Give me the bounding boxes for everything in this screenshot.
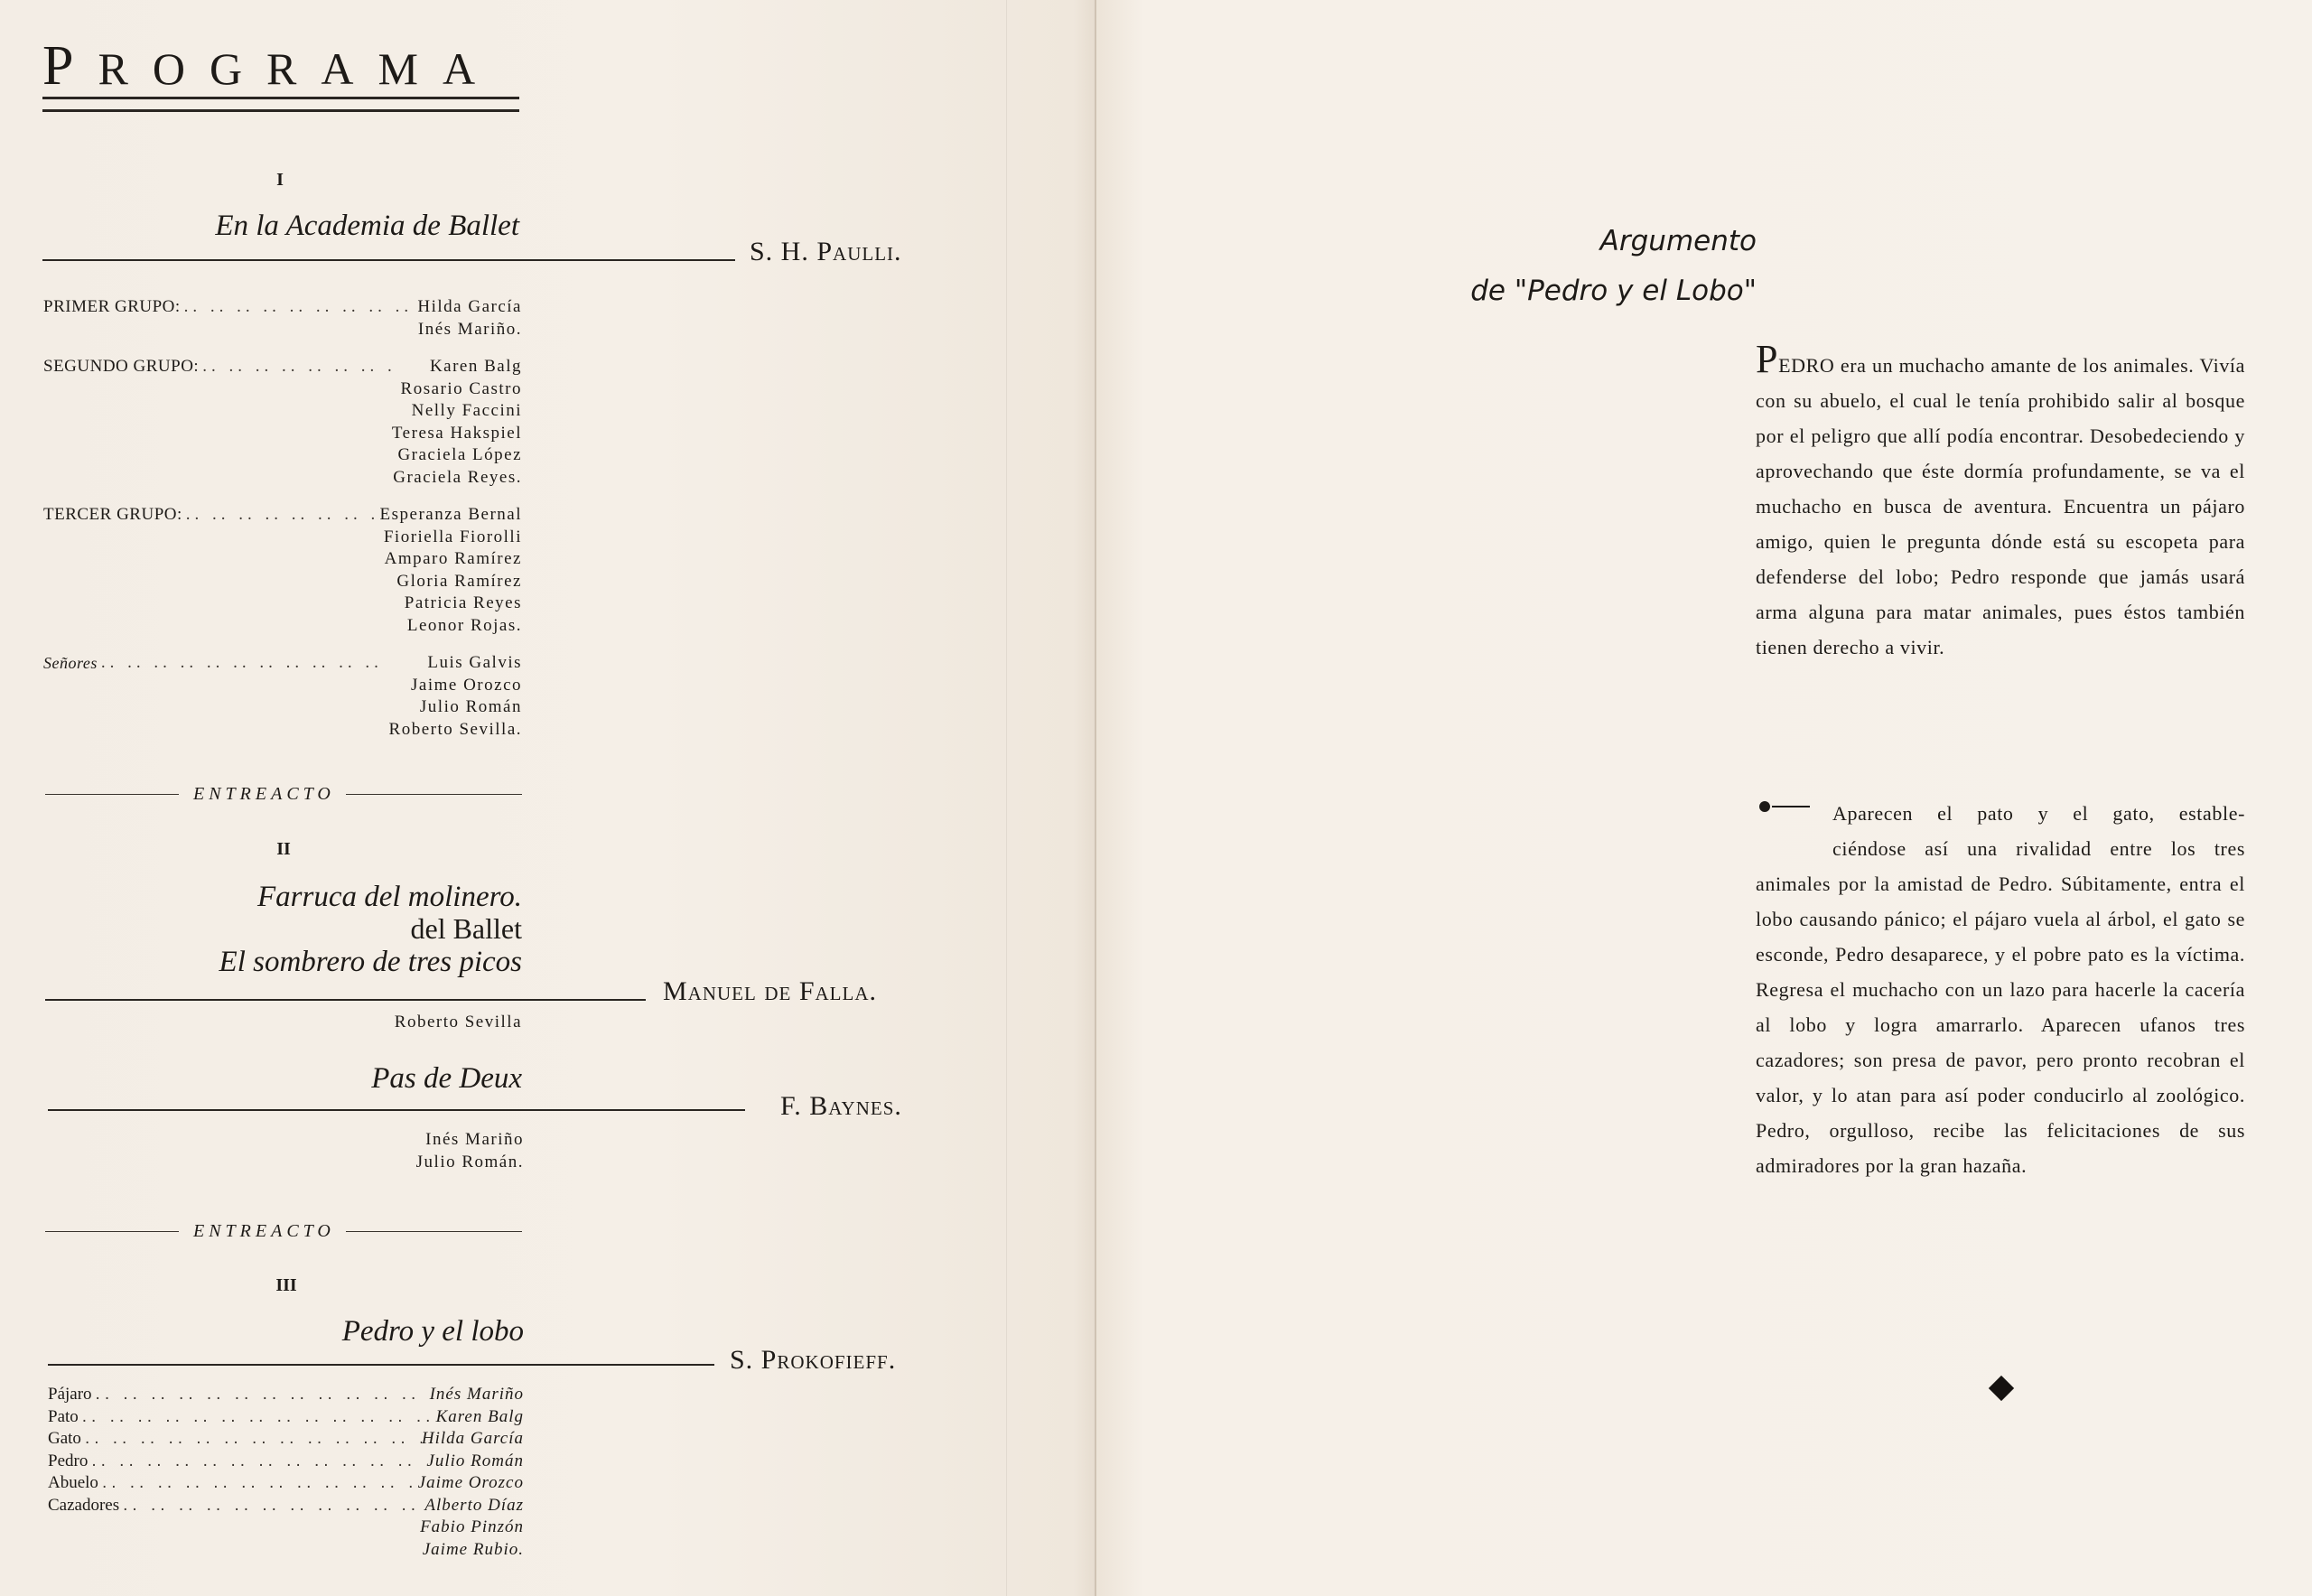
drop-cap: P [1756, 337, 1778, 381]
composer-name: F. Baynes. [780, 1091, 902, 1122]
dancer-name: Jaime Rubio. [420, 1539, 524, 1562]
act-numeral: III [268, 1275, 304, 1296]
composer-name: S. Prokofieff. [730, 1345, 896, 1376]
dancer-name: Graciela Reyes. [392, 467, 522, 490]
leader-dots: .. .. .. .. .. .. .. .. .. .. .. .. .. .… [92, 1384, 430, 1406]
bullet-dot-icon [1759, 801, 1770, 812]
work-title-line: Farruca del molinero. [257, 881, 522, 914]
character-role: Abuelo [48, 1472, 98, 1495]
group-role: PRIMER GRUPO: [43, 296, 181, 319]
dancer-name: Fabio Pinzón [420, 1517, 524, 1539]
dancer-name: Graciela López [392, 444, 522, 467]
character-role: Pedro [48, 1451, 88, 1473]
leader-dots: .. .. .. .. .. .. .. .. .. .. .. .. .. .… [79, 1406, 436, 1429]
dancer-name: Nelly Faccini [392, 400, 522, 423]
work-title-line: del Ballet [410, 912, 522, 946]
work-title: Pedro y el lobo [342, 1315, 524, 1349]
dancer-name: Teresa Hakspiel [392, 423, 522, 445]
cast-group: SEGUNDO GRUPO: .. .. .. .. .. .. .. .. .… [43, 356, 522, 489]
dancer-name: Rosario Castro [392, 378, 522, 401]
work-rule [42, 259, 735, 261]
role-performers: Alberto Díaz Fabio Pinzón Jaime Rubio. [420, 1495, 524, 1562]
group-role: TERCER GRUPO: [43, 504, 182, 527]
leader-dots: .. .. .. .. .. .. .. .. .. .. .. .. .. .… [119, 1495, 420, 1517]
performer-list: Inés Mariño Julio Román. [416, 1128, 524, 1173]
argument-paragraph-2: ciéndose así una rivalidad entre los tre… [1756, 831, 2245, 1183]
cast-row: Abuelo .. .. .. .. .. .. .. .. .. .. .. … [48, 1472, 524, 1495]
work-title-line: El sombrero de tres picos [219, 946, 522, 979]
character-role: Cazadores [48, 1495, 119, 1517]
dancer-name: Jaime Orozco [389, 675, 522, 697]
heading-line: Argumento [1470, 217, 1757, 266]
dancer-name: Luis Galvis [389, 652, 522, 675]
paragraph-body: ciéndose así una rivalidad entre los tre… [1756, 837, 2245, 1177]
dancer-name: Inés Mariño [416, 1128, 524, 1151]
title-rule-bottom [42, 109, 519, 112]
character-role: Pájaro [48, 1384, 92, 1406]
argument-paragraph-2-first-line: Aparecen el pato y el gato, estable- [1832, 796, 2245, 831]
center-fold [1095, 0, 1096, 1596]
cast-table-act-3: Pájaro .. .. .. .. .. .. .. .. .. .. .. … [48, 1384, 524, 1561]
argument-heading: Argumento de "Pedro y el Lobo" [1470, 217, 1757, 316]
dancer-name: Jaime Orozco [418, 1472, 524, 1495]
dancer-name: Alberto Díaz [420, 1495, 524, 1517]
group-role: SEGUNDO GRUPO: [43, 356, 199, 378]
dancer-name: Leonor Rojas. [380, 615, 522, 638]
dancer-name: Hilda García [422, 1428, 524, 1451]
cast-row: Pájaro .. .. .. .. .. .. .. .. .. .. .. … [48, 1384, 524, 1406]
leader-dots: .. .. .. .. .. .. .. .. .. .. .. .. .. .… [98, 1472, 418, 1495]
work-title: Pas de Deux [371, 1062, 522, 1096]
dancer-name: Amparo Ramírez [380, 548, 522, 571]
cast-row: Gato .. .. .. .. .. .. .. .. .. .. .. ..… [48, 1428, 524, 1451]
cast-group: TERCER GRUPO: .. .. .. .. .. .. .. .. ..… [43, 504, 522, 637]
composer-name: Manuel de Falla. [663, 976, 877, 1007]
divider-line [45, 794, 179, 795]
leader-dots: .. .. .. .. .. .. .. .. .. .. .. .. .. .… [81, 1428, 422, 1451]
work-rule [48, 1109, 745, 1111]
leader-dots: .. .. .. .. .. .. .. .. .. .. .. .. .. .… [182, 504, 380, 527]
entreacto-divider: ENTREACTO [45, 1221, 522, 1242]
program-title: PROGRAMA [42, 34, 499, 98]
dancer-name: Inés Mariño [430, 1384, 524, 1406]
dancer-name: Roberto Sevilla [395, 1011, 522, 1033]
title-rule-top [42, 97, 519, 99]
dancer-name: Karen Balg [392, 356, 522, 378]
leader-dots: .. .. .. .. .. .. .. .. .. .. .. .. .. .… [98, 652, 389, 675]
entreacto-label: ENTREACTO [193, 784, 335, 805]
dancer-name: Hilda García [417, 296, 522, 319]
paragraph-text: Aparecen el pato y el gato, estable- [1832, 796, 2245, 831]
page-crease [1006, 0, 1007, 1596]
dancer-name: Julio Román [389, 696, 522, 719]
group-role: Señores [43, 652, 98, 675]
composer-name: S. H. Paulli. [750, 237, 902, 267]
paragraph-body: era un muchacho amante de los animales. … [1756, 354, 2245, 658]
divider-line [346, 1231, 522, 1232]
dancer-name: Inés Mariño. [417, 319, 522, 341]
character-role: Pato [48, 1406, 79, 1429]
dancer-name: Julio Román [426, 1451, 524, 1473]
group-names: Esperanza Bernal Fioriella Fiorolli Ampa… [380, 504, 522, 637]
paragraph-text: ciéndose así una rivalidad entre los tre… [1756, 831, 2245, 1183]
group-names: Luis Galvis Jaime Orozco Julio Román Rob… [389, 652, 522, 741]
work-rule [48, 1364, 714, 1366]
leader-dots: .. .. .. .. .. .. .. .. .. .. .. .. .. .… [88, 1451, 426, 1473]
entreacto-divider: ENTREACTO [45, 784, 522, 805]
leader-dots: .. .. .. .. .. .. .. .. .. .. .. .. .. .… [199, 356, 392, 378]
dancer-name: Patricia Reyes [380, 593, 522, 615]
work-rule [45, 999, 646, 1001]
dancer-name: Julio Román. [416, 1151, 524, 1173]
cast-group: Señores .. .. .. .. .. .. .. .. .. .. ..… [43, 652, 522, 741]
role-performers: Hilda García [422, 1428, 524, 1451]
dancer-name: Gloria Ramírez [380, 571, 522, 593]
work-title: En la Academia de Ballet [215, 210, 519, 243]
heading-line: de "Pedro y el Lobo" [1470, 266, 1757, 316]
role-performers: Jaime Orozco [418, 1472, 524, 1495]
cast-row: Pedro .. .. .. .. .. .. .. .. .. .. .. .… [48, 1451, 524, 1473]
role-performers: Inés Mariño [430, 1384, 524, 1406]
group-names: Karen Balg Rosario Castro Nelly Faccini … [392, 356, 522, 489]
character-role: Gato [48, 1428, 81, 1451]
dancer-name: Karen Balg [436, 1406, 524, 1429]
cast-table-act-1: PRIMER GRUPO: .. .. .. .. .. .. .. .. ..… [43, 296, 522, 756]
performer-list: Roberto Sevilla [395, 1011, 522, 1033]
dancer-name: Roberto Sevilla. [389, 719, 522, 742]
cast-group: PRIMER GRUPO: .. .. .. .. .. .. .. .. ..… [43, 296, 522, 341]
cast-row: Cazadores .. .. .. .. .. .. .. .. .. .. … [48, 1495, 524, 1562]
group-names: Hilda García Inés Mariño. [417, 296, 522, 341]
divider-line [45, 1231, 179, 1232]
small-caps-word: EDRO [1778, 354, 1834, 377]
leader-dots: .. .. .. .. .. .. .. .. .. .. .. .. .. .… [181, 296, 418, 319]
cast-row: Pato .. .. .. .. .. .. .. .. .. .. .. ..… [48, 1406, 524, 1429]
argument-paragraph-1: PEDRO era un muchacho amante de los anim… [1756, 346, 2245, 665]
dancer-name: Esperanza Bernal [380, 504, 522, 527]
paragraph-text: PEDRO era un muchacho amante de los anim… [1756, 346, 2245, 665]
act-numeral: II [266, 839, 302, 860]
role-performers: Karen Balg [436, 1406, 524, 1429]
role-performers: Julio Román [426, 1451, 524, 1473]
divider-line [346, 794, 522, 795]
dash-line [1772, 806, 1810, 807]
dancer-name: Fioriella Fiorolli [380, 527, 522, 549]
entreacto-label: ENTREACTO [193, 1221, 335, 1242]
bullet-marker [1759, 801, 1810, 812]
act-numeral: I [262, 170, 298, 191]
